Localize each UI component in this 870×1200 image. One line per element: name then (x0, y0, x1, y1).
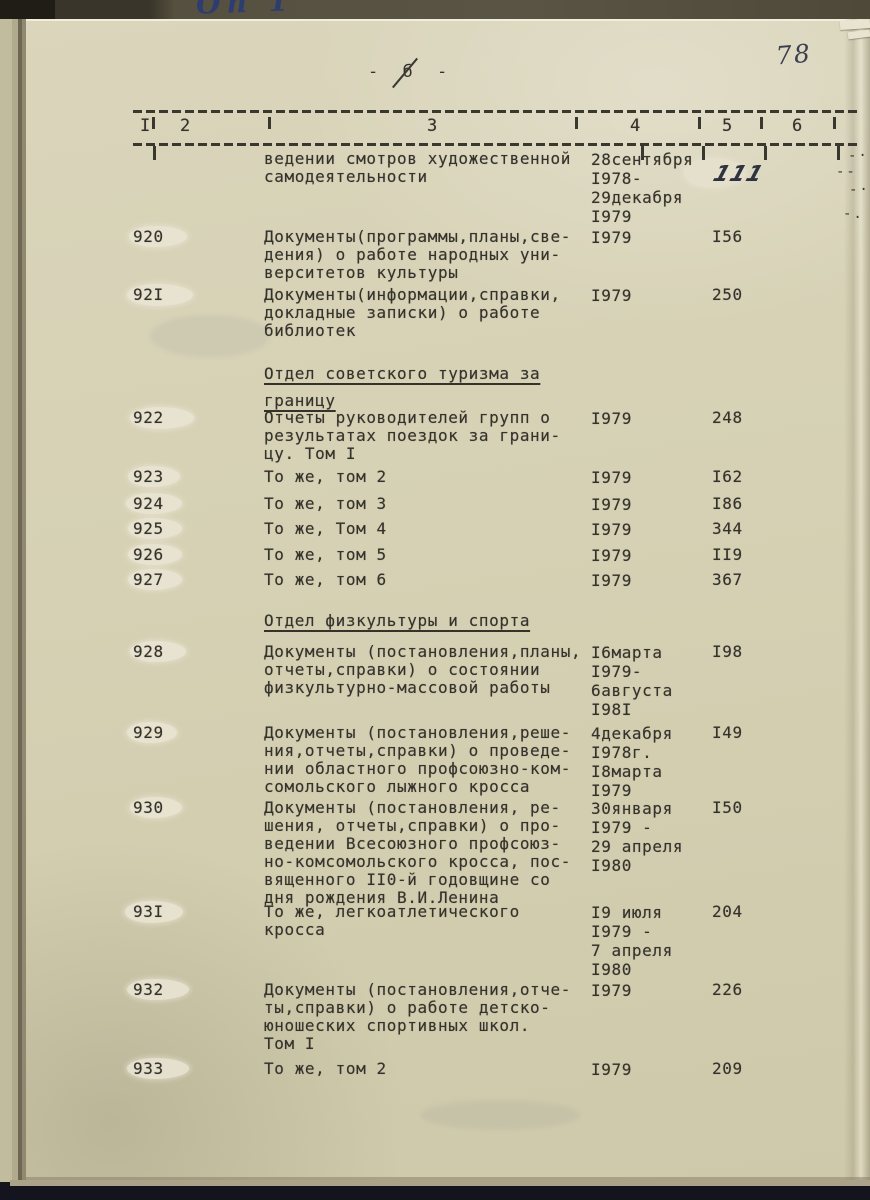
entry-sheet-count: I50 (712, 799, 743, 817)
entry-dates: I979 (591, 546, 632, 565)
entry-description: То же, том 5 (264, 546, 387, 564)
entry-dates: 4декабря I978г. I8марта I979 (591, 724, 673, 800)
entry-dates: I6марта I979- 6августа I98I (591, 643, 673, 719)
entry-description: То же, Том 4 (264, 520, 387, 538)
entry-number: 926 (133, 546, 164, 564)
entry-dates: I979 (591, 520, 632, 539)
entry-dates: I979 (591, 495, 632, 514)
entry-number: 927 (133, 571, 164, 589)
entry-dates: I979 (591, 409, 632, 428)
entry-number: 933 (133, 1060, 164, 1078)
column-tick (764, 146, 767, 160)
entry-number: 920 (133, 228, 164, 246)
entry-description: ведении смотров художественной самодеяте… (264, 150, 571, 186)
entry-dates: I979 (591, 468, 632, 487)
underlying-page-sliver (10, 1180, 870, 1186)
paper-stain (150, 315, 270, 357)
folder-cover: Оп 1 (0, 0, 870, 21)
entry-description: То же, том 6 (264, 571, 387, 589)
column-tick (760, 117, 763, 129)
entry-number: 929 (133, 724, 164, 742)
column-tick (702, 146, 705, 160)
entry-number: 922 (133, 409, 164, 427)
entry-number: 92I (133, 286, 164, 304)
entry-description: Документы (постановления,отче- ты,справк… (264, 981, 571, 1053)
column-tick (698, 117, 701, 129)
entry-dates: 30января I979 - 29 апреля I980 (591, 799, 683, 875)
entry-sheet-count: I49 (712, 724, 743, 742)
entry-sheet-count: II9 (712, 546, 743, 564)
sheet-number-handwritten: 78 (775, 38, 813, 70)
entry-sheet-count: 209 (712, 1060, 743, 1078)
column-header-6: 6 (792, 116, 802, 136)
column-tick (153, 146, 156, 160)
entry-number: 923 (133, 468, 164, 486)
entry-sheet-count: 204 (712, 903, 743, 921)
entry-description: То же, том 2 (264, 1060, 387, 1078)
edge-mark: -· (848, 148, 869, 164)
entry-sheet-count: I86 (712, 495, 743, 513)
entry-sheet-count: 250 (712, 286, 743, 304)
entry-description: Документы (постановления,реше- ния,отчет… (264, 724, 571, 796)
entry-dates: I9 июля I979 - 7 апреля I980 (591, 903, 673, 979)
table-rule-bottom (133, 143, 857, 146)
entry-number: 924 (133, 495, 164, 513)
column-header-4: 4 (630, 116, 640, 136)
entry-description: Документы(программы,планы,све- дения) о … (264, 228, 571, 282)
entry-description: То же, легкоатлетического кросса (264, 903, 520, 939)
scanned-archive-page: Оп 1 78 - б - 111 I 2 3 4 5 6 -· -- -· -… (0, 0, 870, 1200)
entry-number: 930 (133, 799, 164, 817)
folder-label-handwritten: Оп 1 (195, 0, 294, 21)
entry-number: 928 (133, 643, 164, 661)
table-rule-top (133, 110, 857, 113)
edge-mark: -· (849, 182, 870, 198)
entry-number: 93I (133, 903, 164, 921)
section-heading-tourism: Отдел советского туризма за границу (264, 360, 540, 414)
column-header-1: I (140, 116, 150, 136)
entry-sheet-count: 344 (712, 520, 743, 538)
entry-dates: I979 (591, 981, 632, 1000)
edge-mark: -. (843, 206, 864, 222)
entry-description: Документы (постановления,планы, отчеты,с… (264, 643, 581, 697)
section-heading-sport: Отдел физкультуры и спорта (264, 607, 530, 634)
entry-dates: I979 (591, 228, 632, 247)
entry-sheet-count: 248 (712, 409, 743, 427)
entry-sheet-count: I98 (712, 643, 743, 661)
column-header-5: 5 (722, 116, 732, 136)
entry-description: То же, том 2 (264, 468, 387, 486)
column-tick (833, 117, 836, 129)
gutter-page-edge (0, 19, 26, 1182)
entry-number: 925 (133, 520, 164, 538)
column-tick (268, 117, 271, 129)
entry-sheet-count: I56 (712, 228, 743, 246)
entry-sheet-count: 367 (712, 571, 743, 589)
column-tick (152, 117, 155, 129)
column-tick (575, 117, 578, 129)
entry-dates: I979 (591, 571, 632, 590)
entry-sheet-count: 226 (712, 981, 743, 999)
entry-description: То же, том 3 (264, 495, 387, 513)
handwritten-sheet-count: 111 (710, 162, 767, 187)
column-header-2: 2 (180, 116, 190, 136)
entry-number: 932 (133, 981, 164, 999)
entry-description: Документы (постановления, ре- шения, отч… (264, 799, 571, 907)
entry-description: Документы(информации,справки, докладные … (264, 286, 561, 340)
entry-description: Отчеты руководителей групп о результатах… (264, 409, 561, 463)
edge-mark: -- (836, 164, 857, 180)
column-tick (837, 146, 840, 160)
entry-dates: I979 (591, 286, 632, 305)
entry-dates: 28сентября I978- 29декабря I979 (591, 150, 693, 226)
column-header-3: 3 (427, 116, 437, 136)
entry-dates: I979 (591, 1060, 632, 1079)
entry-sheet-count: I62 (712, 468, 743, 486)
paper-stain (420, 1100, 580, 1130)
